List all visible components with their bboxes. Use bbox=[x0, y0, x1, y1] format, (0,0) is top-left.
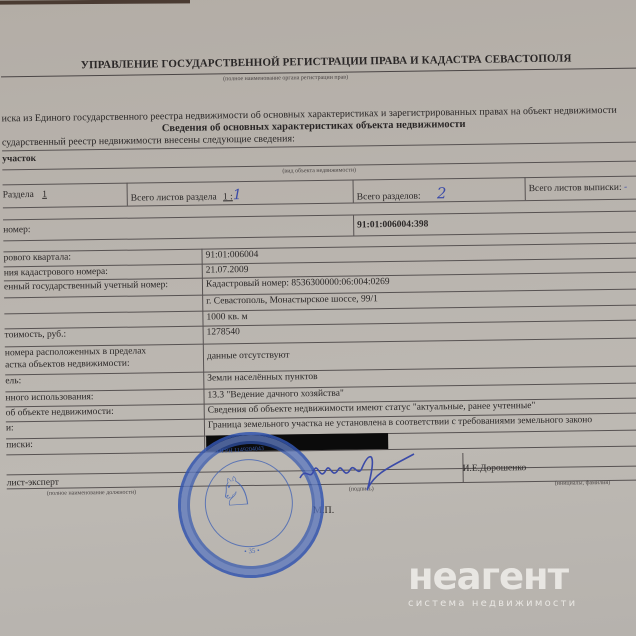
object-type: участок bbox=[2, 154, 36, 164]
table-row-value: 91:01:006004 bbox=[205, 250, 258, 261]
watermark: неагент система недвижимости bbox=[408, 558, 577, 609]
divider bbox=[3, 211, 636, 221]
table-row-label: и: bbox=[6, 423, 14, 433]
stamp-ogrn: ОГРН 1149204043 bbox=[217, 446, 264, 455]
watermark-tagline: система недвижимости bbox=[408, 598, 577, 609]
table-row-label: нного использования: bbox=[5, 392, 93, 403]
table-row-value: Кадастровый номер: 8536300000:06:004:026… bbox=[206, 277, 390, 290]
table-row-label: рового квартала: bbox=[4, 252, 72, 263]
section-value: 1 bbox=[42, 190, 47, 200]
divider bbox=[5, 338, 636, 348]
name-caption: (инициалы, фамилия) bbox=[555, 480, 610, 487]
table-row-label: ния кадастрового номера: bbox=[4, 267, 108, 278]
table-row-value: данные отсутствуют bbox=[207, 350, 290, 361]
table-row-value: 13.3 "Ведение дачного хозяйства" bbox=[207, 389, 343, 401]
sheets-in-section: Всего листов раздела 1 :1 bbox=[131, 187, 242, 205]
table-row-value: 1278540 bbox=[207, 327, 240, 337]
watermark-brand: неагент bbox=[408, 558, 577, 595]
document-page: УПРАВЛЕНИЕ ГОСУДАРСТВЕННОЙ РЕГИСТРАЦИИ П… bbox=[0, 0, 636, 636]
table-row-label: енный государственный учетный номер: bbox=[4, 280, 168, 292]
object-type-caption: (вид объекта недвижимости) bbox=[282, 167, 356, 174]
divider bbox=[5, 320, 636, 330]
organization-caption: (полное наименование органа регистрации … bbox=[223, 75, 348, 83]
total-sheets: Всего листов выписки: - bbox=[529, 182, 628, 194]
table-row-value: Земли населённых пунктов bbox=[207, 372, 317, 384]
table-row-label: тоимость, руб.: bbox=[5, 330, 67, 341]
divider bbox=[3, 232, 636, 242]
coat-of-arms-icon: ♘ bbox=[216, 467, 255, 516]
divider bbox=[3, 243, 636, 253]
stamp-number: • 35 • bbox=[244, 547, 260, 556]
table-row-label: астка объектов недвижимости: bbox=[5, 359, 130, 371]
table-row-label: номера расположенных в пределах bbox=[5, 346, 146, 358]
handwritten-sections: 2 bbox=[437, 184, 447, 202]
section-label: Раздела 1 bbox=[3, 190, 47, 201]
signer-name: И.Е.Дорошенко bbox=[462, 463, 526, 474]
divider bbox=[3, 199, 636, 209]
position-caption: (полное наименование должности) bbox=[47, 490, 136, 497]
divider bbox=[4, 305, 636, 315]
table-row-value: г. Севастополь, Монастырское шоссе, 99/1 bbox=[206, 294, 378, 306]
table-row-label: ель: bbox=[5, 376, 21, 386]
handwritten-sheets: 1 bbox=[233, 187, 242, 203]
total-sections: Всего разделов: 2 bbox=[357, 184, 447, 203]
table-row-label: об объекте недвижимости: bbox=[6, 407, 114, 419]
table-row-label: писки: bbox=[6, 440, 33, 450]
cadastral-number: 91:01:006004:398 bbox=[357, 219, 428, 230]
table-row-value: 21.07.2009 bbox=[206, 265, 249, 276]
cadastral-label: номер: bbox=[3, 225, 30, 235]
divider bbox=[4, 258, 636, 268]
signature-scribble bbox=[296, 448, 416, 498]
table-row-value: 1000 кв. м bbox=[206, 312, 247, 323]
